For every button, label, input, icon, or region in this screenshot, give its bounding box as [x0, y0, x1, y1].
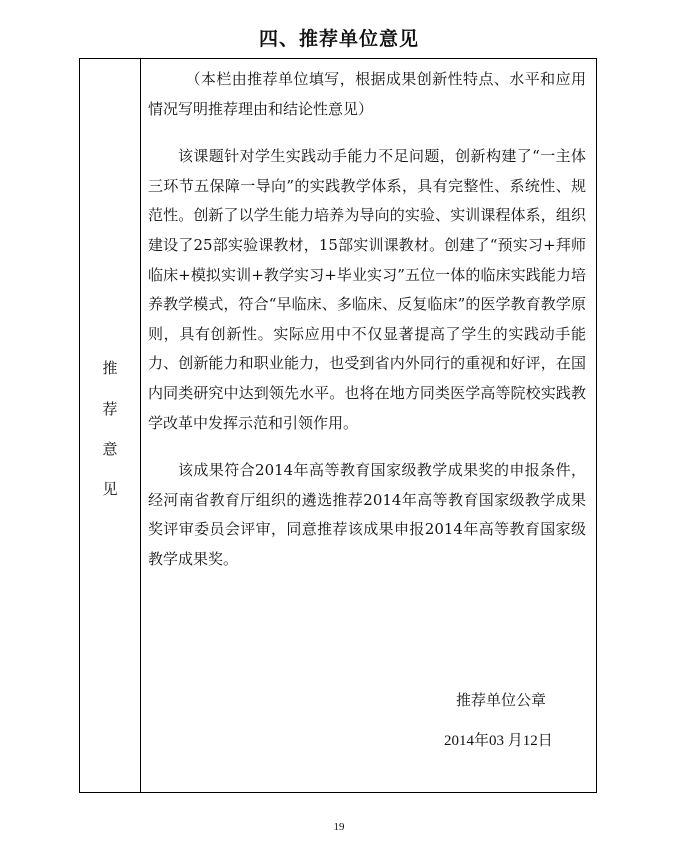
recommendation-content: （本栏由推荐单位填写，根据成果创新性特点、水平和应用情况写明推荐理由和结论性意见… [148, 65, 586, 575]
label-char: 荐 [80, 398, 140, 419]
page-number: 19 [0, 821, 678, 833]
label-char: 见 [80, 478, 140, 499]
column-divider [140, 59, 141, 792]
opinion-paragraph-1: 该课题针对学生实践动手能力不足问题，创新构建了“一主体三环节五保障一导向”的实践… [148, 142, 586, 438]
section-title: 四、推荐单位意见 [0, 24, 678, 51]
label-char: 推 [80, 357, 140, 378]
row-label: 推 荐 意 见 [80, 59, 140, 792]
signature-date: 2014年03 月12日 [80, 729, 598, 750]
opinion-paragraph-2: 该成果符合2014年高等教育国家级教学成果奖的申报条件，经河南省教育厅组织的遴选… [148, 456, 586, 574]
instruction-note: （本栏由推荐单位填写，根据成果创新性特点、水平和应用情况写明推荐理由和结论性意见… [148, 65, 586, 124]
recommendation-table: 推 荐 意 见 （本栏由推荐单位填写，根据成果创新性特点、水平和应用情况写明推荐… [79, 58, 597, 793]
label-char: 意 [80, 438, 140, 459]
seal-label: 推荐单位公章 [80, 689, 598, 710]
